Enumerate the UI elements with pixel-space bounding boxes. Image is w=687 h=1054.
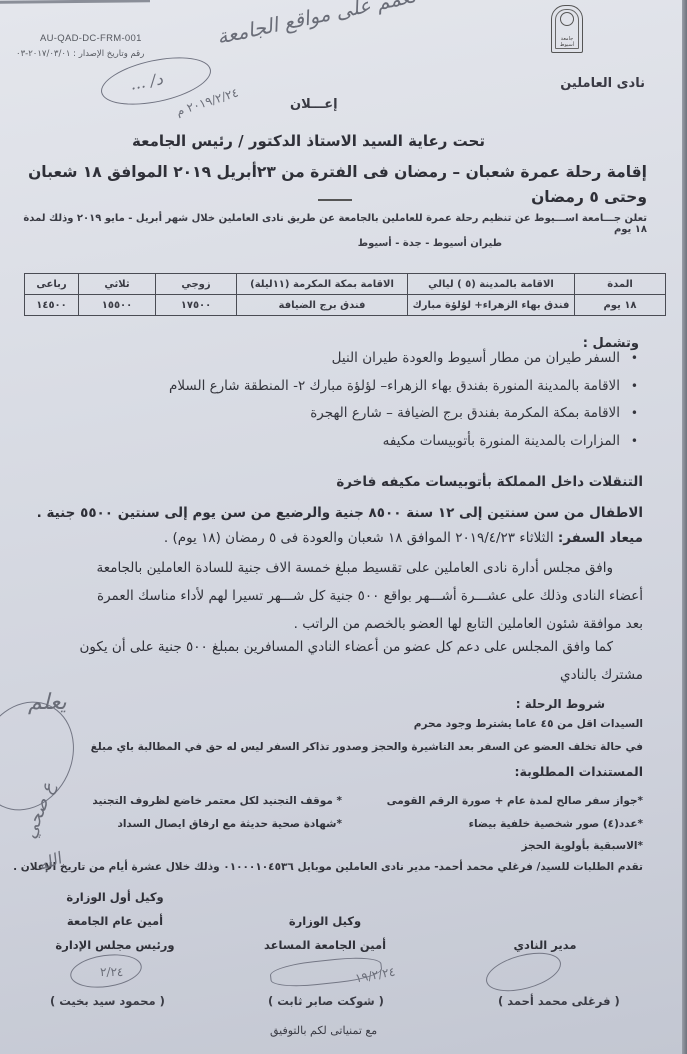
form-code: AU-QAD-DC-FRM-001 xyxy=(40,33,142,44)
signatory-name: ( محمود سيد بخيت ) xyxy=(50,994,165,1008)
table-header: ثلاثي xyxy=(79,274,156,295)
table-cell: ١٨ يوم xyxy=(575,295,666,316)
application-note: تقدم الطلبات للسيد/ فرغلي محمد أحمد- مدي… xyxy=(13,861,643,873)
margin-handwritten-note: يعلم xyxy=(28,690,67,715)
table-header: المدة xyxy=(575,274,666,295)
patronage-line: تحت رعاية السيد الاستاذ الدكتور / رئيس ا… xyxy=(0,132,687,150)
table-header: الاقامة بالمدينة (٥ ) ليالي xyxy=(408,274,575,295)
conditions-heading: شروط الرحلة : xyxy=(516,697,605,711)
signatory-title: ورئيس مجلس الإدارة xyxy=(50,938,180,952)
divider xyxy=(318,199,352,201)
price-table: المدة الاقامة بالمدينة (٥ ) ليالي الاقام… xyxy=(24,273,666,316)
paper-edge xyxy=(0,0,150,4)
support-paragraph: كما وافق المجلس على دعم كل عضو من أعضاء … xyxy=(16,633,643,689)
table-cell: ١٤٥٠٠ xyxy=(25,295,79,316)
club-name: نادى العاملين xyxy=(560,76,645,91)
table-row: ١٨ يوم فندق بهاء الزهراء+ لؤلؤة مبارك فن… xyxy=(25,295,666,316)
lead-paragraph: تعلن جـــامعة اســـيوط عن تنظيم رحلة عمر… xyxy=(20,213,647,235)
signatory-title: وكيل أول الوزارة xyxy=(60,890,170,904)
children-pricing: الاطفال من سن سنتين إلى ١٢ سنة ٨٥٠٠ جنية… xyxy=(37,505,643,521)
flight-route: طيران أسيوط - جدة - أسيوط xyxy=(358,238,502,249)
closing-line: مع تمنياتى لكم بالتوفيق xyxy=(270,1024,377,1037)
condition-item: السيدات اقل من ٤٥ عاما يشترط وجود محرم xyxy=(414,718,643,730)
signatory-title: وكيل الوزارة xyxy=(270,914,380,928)
table-cell: ١٥٥٠٠ xyxy=(79,295,156,316)
installment-line: وافق مجلس أدارة نادى العاملين على تقسيط … xyxy=(16,554,643,582)
document-item: *الاسبقية بأولوية الحجز xyxy=(522,840,644,852)
scanned-document: جامعة أسيوط نادى العاملين AU-QAD-DC-FRM-… xyxy=(0,0,687,1054)
transport-line: التنقلات داخل المملكة بأتوبيسات مكيفه فا… xyxy=(336,474,643,490)
list-item: الاقامة بمكة المكرمة بفندق برج الضيافة –… xyxy=(169,400,642,428)
signature-scribble xyxy=(482,946,565,999)
document-item: *جواز سفر صالح لمدة عام + صورة الرقم الق… xyxy=(387,795,643,807)
includes-list: السفر طيران من مطار أسيوط والعودة طيران … xyxy=(169,345,642,455)
university-logo-icon: جامعة أسيوط xyxy=(551,5,583,53)
issue-number-date: رقم وتاريخ الإصدار : ٢٠١٧/٠٣/٠١-٠٣ xyxy=(16,49,144,59)
list-item: المزارات بالمدينة المنورة بأتوبيسات مكيف… xyxy=(169,428,642,456)
table-cell: فندق برج الضيافة xyxy=(237,295,408,316)
signatory-title: أمين عام الجامعة xyxy=(60,914,170,928)
table-header: الاقامة بمكة المكرمة (١١ليلة) xyxy=(237,274,408,295)
handwritten-note: تعمم على مواقع الجامعة xyxy=(215,0,418,49)
support-line: مشترك بالنادي xyxy=(16,661,643,689)
table-cell: ١٧٥٠٠ xyxy=(156,295,237,316)
documents-heading: المستندات المطلوبة: xyxy=(515,764,643,779)
signatory-name: ( شوكت صابر ثابت ) xyxy=(268,994,384,1008)
table-header-row: المدة الاقامة بالمدينة (٥ ) ليالي الاقام… xyxy=(25,274,666,295)
announcement-heading: إعـــلان xyxy=(290,97,338,112)
support-line: كما وافق المجلس على دعم كل عضو من أعضاء … xyxy=(16,633,643,661)
table-header: زوجي xyxy=(156,274,237,295)
list-item: السفر طيران من مطار أسيوط والعودة طيران … xyxy=(169,345,642,373)
signatory-title: أمين الجامعة المساعد xyxy=(260,938,390,952)
document-title: إقامة رحلة عمرة شعبان – رمضان فى الفترة … xyxy=(20,160,647,210)
departure-date: ميعاد السفر: الثلاثاء ٢٠١٩/٤/٢٣ الموافق … xyxy=(164,530,643,546)
signatory-title: مدير النادي xyxy=(500,938,590,952)
condition-item: في حالة تخلف العضو عن السفر بعد التاشيرة… xyxy=(91,741,643,753)
list-item: الاقامة بالمدينة المنورة بفندق بهاء الزه… xyxy=(169,373,642,401)
table-cell: فندق بهاء الزهراء+ لؤلؤة مبارك xyxy=(408,295,575,316)
installment-line: أعضاء النادى وذلك على عشـــرة أشـــهر بو… xyxy=(16,582,643,610)
document-item: *عدد(٤) صور شخصية خلفية بيضاء xyxy=(469,818,643,830)
signatory-name: ( فرغلى محمد أحمد ) xyxy=(498,994,620,1008)
handwritten-date: ٢/٢٤ xyxy=(100,965,123,979)
departure-label: ميعاد السفر: xyxy=(558,530,643,546)
departure-text: الثلاثاء ٢٠١٩/٤/٢٣ الموافق ١٨ شعبان والع… xyxy=(164,530,558,546)
table-header: رباعى xyxy=(25,274,79,295)
installment-paragraph: وافق مجلس أدارة نادى العاملين على تقسيط … xyxy=(16,554,643,638)
document-item: *شهادة صحية حديثة مع ارفاق ايصال السداد xyxy=(117,818,342,830)
document-item: * موقف التجنيد لكل معتمر خاضع لظروف التج… xyxy=(92,795,342,807)
